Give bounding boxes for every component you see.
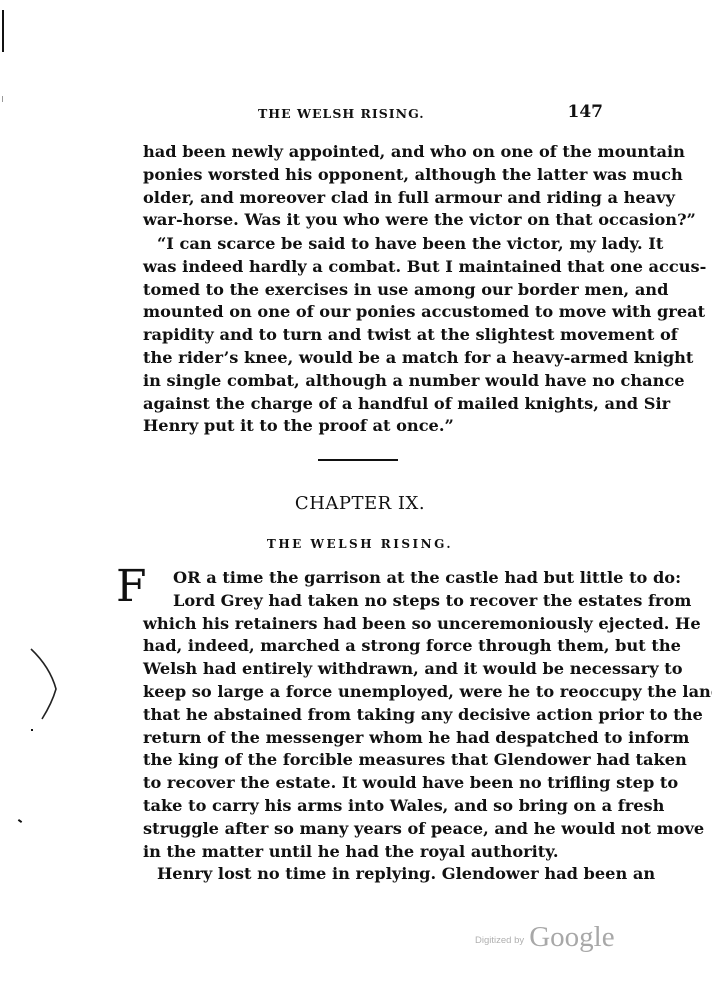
- chapter-number: CHAPTER IX.: [295, 493, 425, 514]
- text-line: the king of the forcible measures that G…: [143, 749, 603, 772]
- text-line: had, indeed, marched a strong force thro…: [143, 635, 603, 658]
- text-line: Lord Grey had taken no steps to recover …: [143, 590, 603, 613]
- paragraph-continued: had been newly appointed, and who on one…: [143, 141, 603, 232]
- paragraph-dialogue: “I can scarce be said to have been the v…: [143, 233, 603, 438]
- digitized-by-google-watermark: Digitized by Google: [475, 921, 615, 954]
- text-line: tomed to the exercises in use among our …: [143, 279, 603, 302]
- watermark-prefix: Digitized by: [475, 935, 524, 946]
- text-line: the rider’s knee, would be a match for a…: [143, 347, 603, 370]
- text-line: in the matter until he had the royal aut…: [143, 841, 603, 864]
- chapter-title: THE WELSH RISING.: [267, 537, 453, 551]
- text-line: ponies worsted his opponent, although th…: [143, 164, 603, 187]
- text-line: was indeed hardly a combat. But I mainta…: [143, 256, 603, 279]
- book-page: THE WELSH RISING. 147 had been newly app…: [0, 0, 712, 1000]
- text-line: struggle after so many years of peace, a…: [143, 818, 603, 841]
- text-line: Henry put it to the proof at once.”: [143, 415, 603, 438]
- text-line: OR a time the garrison at the castle had…: [143, 567, 603, 590]
- scan-artifact-bracket: [28, 645, 68, 725]
- scan-artifact-speck: [31, 729, 33, 731]
- text-line: to recover the estate. It would have bee…: [143, 772, 603, 795]
- drop-cap: F: [116, 567, 147, 607]
- chapter-heading: CHAPTER IX.: [0, 493, 712, 514]
- text-line: war-horse. Was it you who were the victo…: [143, 209, 603, 232]
- scan-artifact-speck: [18, 819, 22, 823]
- text-line: older, and moreover clad in full armour …: [143, 187, 603, 210]
- running-title: THE WELSH RISING.: [258, 106, 425, 121]
- text-line: that he abstained from taking any decisi…: [143, 704, 603, 727]
- text-line: against the charge of a handful of maile…: [143, 393, 603, 416]
- section-divider: [318, 459, 398, 461]
- text-line: in single combat, although a number woul…: [143, 370, 603, 393]
- text-line: return of the messenger whom he had desp…: [143, 727, 603, 750]
- text-line: “I can scarce be said to have been the v…: [143, 233, 603, 256]
- paragraph-chapter-opening: OR a time the garrison at the castle had…: [143, 567, 603, 886]
- google-logo: Google: [529, 921, 614, 953]
- text-line: Welsh had entirely withdrawn, and it wou…: [143, 658, 603, 681]
- scan-artifact-left-edge: [2, 10, 4, 52]
- text-line: take to carry his arms into Wales, and s…: [143, 795, 603, 818]
- text-line: mounted on one of our ponies accustomed …: [143, 301, 603, 324]
- running-header: THE WELSH RISING. 147: [143, 104, 603, 128]
- chapter-subtitle: THE WELSH RISING.: [0, 537, 712, 551]
- text-line: which his retainers had been so unceremo…: [143, 613, 603, 636]
- text-line: had been newly appointed, and who on one…: [143, 141, 603, 164]
- scan-artifact-dot: [2, 96, 3, 102]
- page-number: 147: [568, 102, 604, 122]
- text-line: rapidity and to turn and twist at the sl…: [143, 324, 603, 347]
- text-line: keep so large a force unemployed, were h…: [143, 681, 603, 704]
- text-line: Henry lost no time in replying. Glendowe…: [143, 863, 603, 886]
